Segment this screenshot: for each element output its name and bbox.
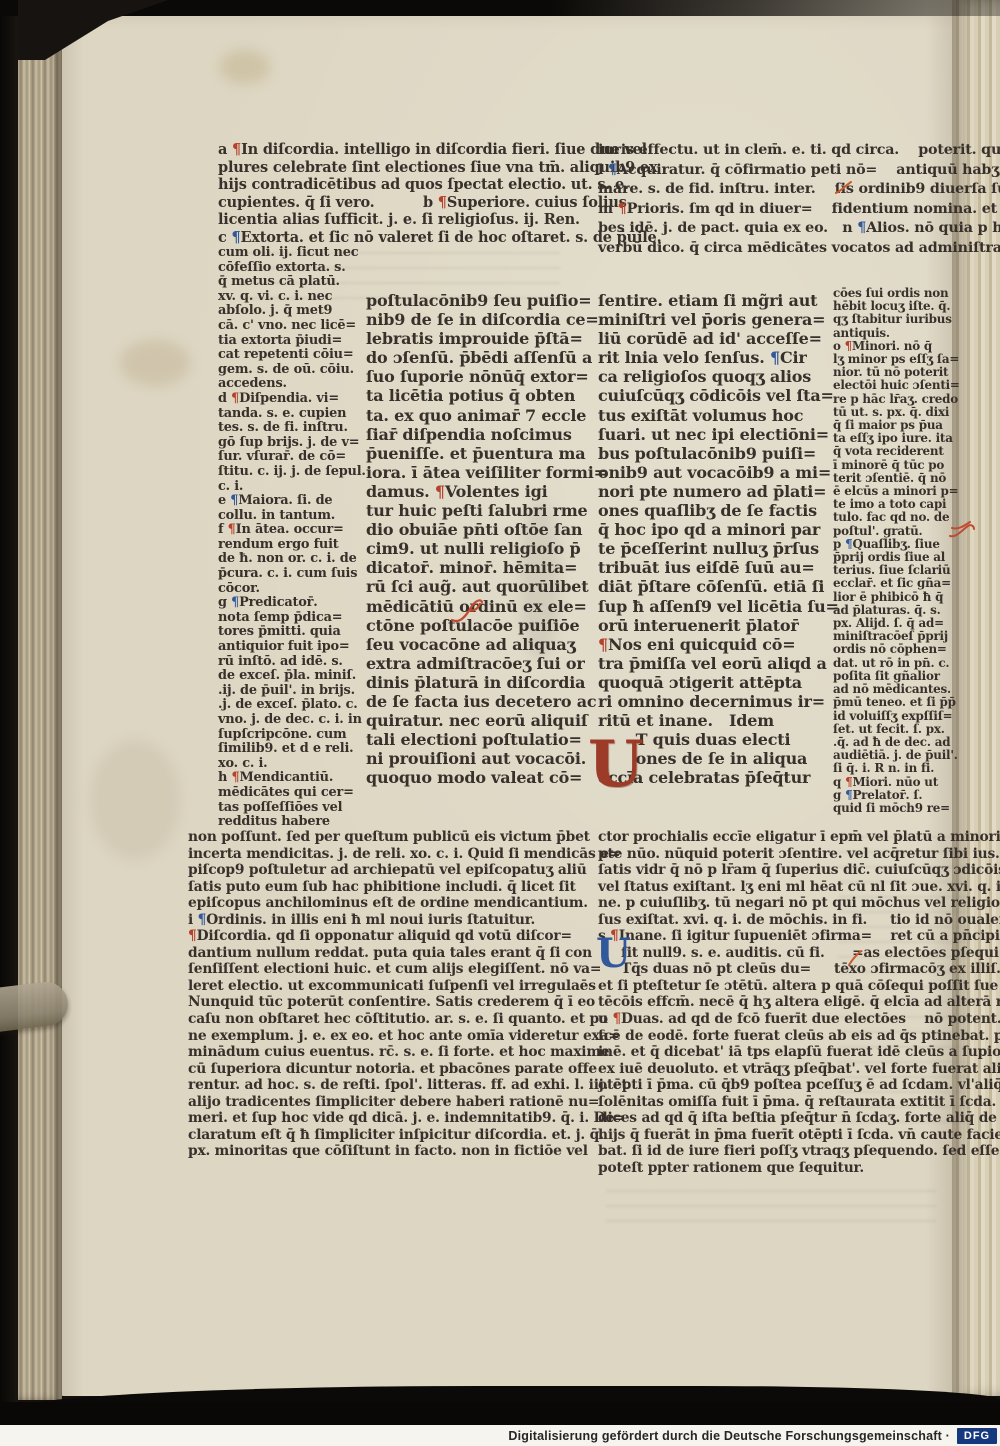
main-text-column-left: poſtulacōnib9 ſeu puiſio=nib9 de ſe in d… — [366, 291, 588, 787]
text-line: ſcē de eodē. forte fuerat cleūs ab eis a… — [598, 1028, 998, 1045]
text-line: ni prouiſioni aut vocacōi. — [366, 749, 588, 768]
text-line: a ¶In diſcordia. intelligo in diſcordia … — [218, 141, 590, 159]
text-line: piſcop9 poſtuletur ad archiepatū vel epi… — [188, 862, 620, 879]
parchment-stain — [220, 50, 270, 84]
text-line: nota ſemp p̄dica= — [218, 611, 380, 626]
text-line: alijo tradicentes ſimpliciter debere hab… — [188, 1094, 620, 1111]
text-line: ones quaſlibʒ de ſe factis — [598, 501, 816, 520]
text-line: q̄ hoc ipo qd a minori par — [598, 520, 816, 539]
text-line: ctor prochialis eccīe eligatur ī epm̄ ve… — [598, 829, 998, 846]
text-line: hijs q̄ fuerāt in p̄ma fuerīt otēpti ī ſ… — [598, 1127, 998, 1144]
text-line: ecclar̄. et ſic gña= — [833, 577, 973, 590]
text-line: f ¶In ātea. occur= — [218, 523, 380, 538]
text-line: onib9 aut vocacōib9 a mi= — [598, 463, 816, 482]
text-line: ſimilib9. et d e reli. — [218, 742, 380, 757]
text-line: quiratur. nec eorū aliquiſ — [366, 711, 588, 730]
text-line: de exceſ. p̄la. miniſ. — [218, 669, 380, 684]
text-line: de ħ. non or. c. i. de — [218, 552, 380, 567]
text-line: dicator̄. minor̄. hēmita= — [366, 558, 588, 577]
red-pen-tick-icon — [834, 180, 854, 196]
text-line: ſuo ſuporie nōnūq̄ extor= — [366, 367, 588, 386]
text-line: s ¶Inane. ſi igitur ſupueniēt ɔfirma= re… — [598, 928, 998, 945]
dfg-logo: DFG — [957, 1428, 997, 1444]
text-line: cuiuſcūqʒ cōdicōis vel ſta= — [598, 386, 816, 405]
text-line: c ¶Extorta. et ſic nō valeret ſi de hoc … — [218, 229, 590, 247]
commentary-block-top-right: iuris effectu. ut in clem̄. e. ti. qd ci… — [598, 141, 972, 258]
text-line: e ¶Maiora. ſi. de — [218, 494, 380, 509]
text-line: ſus exiſtat. xvi. q. i. de mōchis. in fi… — [598, 912, 998, 929]
text-line: re p hāc lr̄aʒ. credo — [833, 393, 973, 406]
text-line: m ¶Prioris. ſm qd in diuer= fidentium no… — [598, 200, 972, 220]
text-line: iuris effectu. ut in clem̄. e. ti. qd ci… — [598, 141, 972, 161]
commentary-block-bottom-right: ctor prochialis eccīe eligatur ī epm̄ ve… — [598, 829, 998, 1176]
text-line: ſit null9. s. e. auditis. cū fi. =as ele… — [598, 945, 998, 962]
text-line: dices ad qd q̄ iſta beſtia pſeq̄tur n̄ ſ… — [598, 1110, 998, 1127]
text-line: quoquā ɔtigerit attēpta — [598, 673, 816, 692]
text-line: extra admiſtracōeʒ ſui or — [366, 654, 588, 673]
text-line: ri omnino decernimus ir= — [598, 692, 816, 711]
text-line: mēdicātes qui cer= — [218, 786, 380, 801]
text-line: caſu non obſtaret hec cōſtitutio. ar. s.… — [188, 1011, 620, 1028]
red-pen-flourish-icon — [450, 596, 484, 628]
gloss-column-left: cum oli. ij. ſicut neccōfeſſio extorta. … — [218, 246, 380, 830]
text-line: p̄cura. c. i. cum ſuis — [218, 567, 380, 582]
text-line: mare. s. de fid. inſtru. inter. ſis ordi… — [598, 180, 972, 200]
text-line: do ɔſenſū. p̄bēdi aſſenſū a — [366, 348, 588, 367]
blue-lombard-initial-U: U — [596, 934, 631, 974]
text-line: quoquo modo valeat cō= — [366, 768, 588, 787]
text-line: p̄mū teneo. et ſi p̄p̄ — [833, 696, 973, 709]
text-line: electōi huic ɔſenti= — [833, 379, 973, 392]
text-line: non poſſunt. ſed per queſtum publicū eis… — [188, 829, 620, 846]
text-line: ſup ħ aſſenſ9 vel licētia ſu= — [598, 597, 816, 616]
text-line: ſolēnitas omiſſa fuit ī p̄ma. q̄ reſtaur… — [598, 1094, 998, 1111]
text-line: d ¶Diſpendia. vi= — [218, 392, 380, 407]
digitization-credit-text: Digitalisierung gefördert durch die Deut… — [508, 1429, 950, 1443]
ink-bleed-through — [606, 1190, 936, 1230]
text-line: c. i. — [218, 480, 380, 495]
text-line: tanda. s. e. cupien — [218, 407, 380, 422]
book-binding-edge — [0, 0, 18, 1446]
parchment-stain — [90, 740, 180, 860]
text-line: et ſi pteſtetur ſe ɔtētū. altera p quā c… — [598, 978, 998, 995]
text-line: rū inſtō. ad idē. s. — [218, 655, 380, 670]
text-line: cōcor. — [218, 582, 380, 597]
text-line: q̄ vota reciderent — [833, 445, 973, 458]
text-line: ſatis puto eum ſub hac phibitione includ… — [188, 879, 620, 896]
text-line: ſatis vidr q̄ nō p lr̄am q̄ ſuperius dic… — [598, 862, 998, 879]
text-line: diāt p̄ſtare cōſenſū. etiā ſi — [598, 577, 816, 596]
text-line: nori pte numero ad p̄lati= — [598, 482, 816, 501]
text-line: plures celebrate ſint electiones ſiue vn… — [218, 159, 590, 177]
text-line: accedens. — [218, 377, 380, 392]
text-line: tores p̄mitti. quia — [218, 625, 380, 640]
text-line: ¶Diſcordia. qd ſi opponatur aliquid qd v… — [188, 928, 620, 945]
red-pen-tick-icon — [846, 948, 864, 968]
text-line: ſeu vocacōne ad aliquaʒ — [366, 635, 588, 654]
text-line: damus. ¶Volentes igi — [366, 482, 588, 501]
scan-bottom-edge — [0, 1402, 1000, 1426]
text-line: ordis nō cōphen= — [833, 643, 973, 656]
text-line: verbū dico. q̄ circa mēdicātes vocatos a… — [598, 239, 972, 259]
text-line: collu. in tantum. — [218, 509, 380, 524]
text-line: u ¶Duas. ad qd de fcō fuerīt due electōe… — [598, 1011, 998, 1028]
text-line: poſtulacōnib9 ſeu puiſio= — [366, 291, 588, 310]
text-line: cōfeſſio extorta. s. — [218, 261, 380, 276]
text-line: ī minorē q̄ tūc po — [833, 459, 973, 472]
text-line: dat. ut rō in pn̄. c. — [833, 657, 973, 670]
text-line: cim9. ut nulli religioſo p̄ — [366, 539, 588, 558]
text-line: meri. et ſup hoc vide qd dicā. j. e. ind… — [188, 1110, 620, 1127]
text-line: dantium nullum reddat. puta quia tales e… — [188, 945, 620, 962]
text-line: g ¶Prelator̄. ſ. — [833, 789, 973, 802]
text-line: h ¶Mendicantiū. — [218, 771, 380, 786]
red-lombard-initial-U: U — [588, 733, 644, 797]
red-pen-flourish-icon — [948, 518, 976, 542]
text-line: ſur. vſurar̄. de cō= — [218, 450, 380, 465]
text-line: dinis p̄laturā in diſcordia — [366, 673, 588, 692]
text-line: q̄ metus cā platū. — [218, 275, 380, 290]
text-line: te p̄ceſſerint nulluʒ p̄rſus — [598, 539, 816, 558]
text-line: nib9 de ſe in diſcordia ce= — [366, 310, 588, 329]
text-line: q ¶Miori. nūo ut — [833, 776, 973, 789]
text-line: tur huic peſti ſalubri rme — [366, 501, 588, 520]
text-line: poteſt ppter rationem que ſequitur. — [598, 1160, 998, 1177]
text-line: px. minoritas que cōſiſtunt in facto. no… — [188, 1143, 620, 1160]
gloss-column-far-right: cōes ſui ordis nonhēbit locuʒ iſte. q̄.q… — [833, 287, 973, 815]
text-line: lebratis improuide p̄ſtā= — [366, 329, 588, 348]
text-line: incerta mendicitas. j. de reli. xo. c. i… — [188, 846, 620, 863]
text-line: inē. et q̄ dicebat' iā tps elapſū fuerat… — [598, 1044, 998, 1061]
text-line: ſuari. ut nec ipi electiōni= — [598, 425, 816, 444]
parchment-stain — [120, 340, 190, 386]
text-line: antiquior fuit ipo= — [218, 640, 380, 655]
text-line: xv. q. vi. c. i. nec — [218, 290, 380, 305]
commentary-block-bottom-left: non poſſunt. ſed per queſtum publicū eis… — [188, 829, 620, 1160]
text-line: Nunquid tūc poterūt conſentire. Satis cr… — [188, 994, 620, 1011]
text-line: leret electio. ut excommunicati ſuſpenſi… — [188, 978, 620, 995]
text-line: vel ſtatus exiſtant. lʒ eni ml hēat cū n… — [598, 879, 998, 896]
commentary-block-top-left: a ¶In diſcordia. intelligo in diſcordia … — [218, 141, 590, 247]
text-line: epiſcopus anchilominus eſt de ordine men… — [188, 895, 620, 912]
text-line: tribuāt ius eiſdē ſuū au= — [598, 558, 816, 577]
text-line: tali electioni poſtulatio= — [366, 730, 588, 749]
text-line: id voluiſſʒ expſſiſ= — [833, 710, 973, 723]
text-line: licentia alias ſufficit. j. e. ſi religi… — [218, 211, 590, 229]
text-line: lior ē phibicō ħ q̄ — [833, 591, 973, 604]
text-line: ta licētia potius q̄ obten — [366, 386, 588, 405]
text-line: l ¶Acquiratur. q̄ cōfirmatio peti nō= an… — [598, 161, 972, 181]
text-line: gem. s. de oū. cōiu. — [218, 363, 380, 378]
text-line: cat repetenti cōiu= — [218, 348, 380, 363]
text-line: ¶Nos eni quicquid cō= — [598, 635, 816, 654]
text-line: pte nūo. nūquid poterit ɔſentire. vel ac… — [598, 846, 998, 863]
text-line: cupientes. q̄ ſi vero. b ¶Superiore. cui… — [218, 194, 590, 212]
text-line: tas poſſeſſiōes vel — [218, 801, 380, 816]
text-line: ſtitu. c. ij. j. de ſepul. — [218, 465, 380, 480]
text-line: rū ſci aug̃. aut quorūlibet — [366, 577, 588, 596]
text-line: antiquis. — [833, 327, 973, 340]
text-line: xo. c. i. — [218, 757, 380, 772]
text-line: redditus habere — [218, 815, 380, 830]
text-line: p̄ueniſſe. et p̄uentura ma — [366, 444, 588, 463]
text-line: cā. c' vno. nec licē= — [218, 319, 380, 334]
text-line: quid ſi mōch9 re= — [833, 802, 973, 815]
text-line: ſi q̄. i. R n. in fi. — [833, 762, 973, 775]
text-line: minādum cuius euentus. rc̄. s. e. ſi for… — [188, 1044, 620, 1061]
text-line: ta. ex quo animar̄ 7 eccle — [366, 406, 588, 425]
page-stack-edges — [18, 0, 62, 1400]
text-line: rentur. ad hoc. s. de reſti. ſpol'. litt… — [188, 1077, 620, 1094]
text-line: miniſtri vel p̄oris genera= — [598, 310, 816, 329]
text-line: cum oli. ij. ſicut nec — [218, 246, 380, 261]
text-line: dio obuiāe pn̄ti oſtōe ſan — [366, 520, 588, 539]
text-line: Tq̄s duas nō pt cleūs du= tēxo ɔfirmacōʒ… — [598, 961, 998, 978]
text-line: i ¶Ordinis. in illis eni ħ ml noui iuris… — [188, 912, 620, 929]
text-line: rendum ergo fuit — [218, 538, 380, 553]
text-line: cū ſuperiora dicuntur notoria. et pbacōn… — [188, 1061, 620, 1078]
text-line: orū interuenerit p̄lator̄ — [598, 616, 816, 635]
main-text-column-right: ſentire. etiam ſi mg̃ri autminiſtri vel … — [598, 291, 816, 787]
text-line: ne exemplum. j. e. ex eo. et hoc ante om… — [188, 1028, 620, 1045]
text-line: tēcōis effcm̄. necē q̄ hʒ altera eligē. … — [598, 994, 998, 1011]
text-line: otēpti ī p̄ma. cū q̄b9 poſtea pceſſuʒ ē … — [598, 1077, 998, 1094]
text-line: tus exiſtāt volumus hoc — [598, 406, 816, 425]
text-line: .ij. de p̄uil'. in brijs. — [218, 684, 380, 699]
digitization-footer: Digitalisierung gefördert durch die Deut… — [0, 1425, 1000, 1446]
text-line: tia extorta p̄iudi= — [218, 334, 380, 349]
text-line: bat. ſi id de iure fieri poſſʒ vtraqʒ pſ… — [598, 1143, 998, 1160]
text-line: hijs contradicētibus ad quos ſpectat ele… — [218, 176, 590, 194]
text-line: ſentire. etiam ſi mg̃ri aut — [598, 291, 816, 310]
text-line: ſupſcripcōne. cum — [218, 728, 380, 743]
text-line: abſolo. j. q̄ met9 — [218, 304, 380, 319]
text-line: bus poſtulacōnib9 puiſi= — [598, 444, 816, 463]
text-line: rit lnia velo ſenſus. ¶Cir — [598, 348, 816, 367]
text-line: gō ſup brijs. j. de v= — [218, 436, 380, 451]
text-line: de ſe facta ius decetero ac — [366, 692, 588, 711]
text-line: .j. de exceſ. p̄lato. c. — [218, 698, 380, 713]
text-line: ne. p cuiuſlibʒ. tū negari nō pt qui mōc… — [598, 895, 998, 912]
text-line: ca religioſos quoqʒ alios — [598, 367, 816, 386]
text-line: vno. j. de dec. c. i. in — [218, 713, 380, 728]
text-line: ex iuē deuoluto. et vtrāqʒ pſeq̄bat'. ve… — [598, 1061, 998, 1078]
text-line: tra p̄miſſa vel eorū aliqd a — [598, 654, 816, 673]
text-line: ſet. ut fecit. ſ. px. — [833, 723, 973, 736]
text-line: ſenſiſſent electioni huic. et cum alijs … — [188, 961, 620, 978]
text-line: claratum eſt q̄ ħ ſimpliciter inſpicitur… — [188, 1127, 620, 1144]
text-line: liū corūdē ad id' acceſſe= — [598, 329, 816, 348]
text-line: qʒ ſtabitur iuribus — [833, 313, 973, 326]
text-line: iora. ī ātea veiſiliter formi= — [366, 463, 588, 482]
text-line: g ¶Predicator̄. — [218, 596, 380, 611]
text-line: tes. s. de fi. inſtru. — [218, 421, 380, 436]
text-line: bes idē. j. de pact. quia ex eo. n ¶Alio… — [598, 219, 972, 239]
text-line: ſiar̄ diſpendia noſcimus — [366, 425, 588, 444]
